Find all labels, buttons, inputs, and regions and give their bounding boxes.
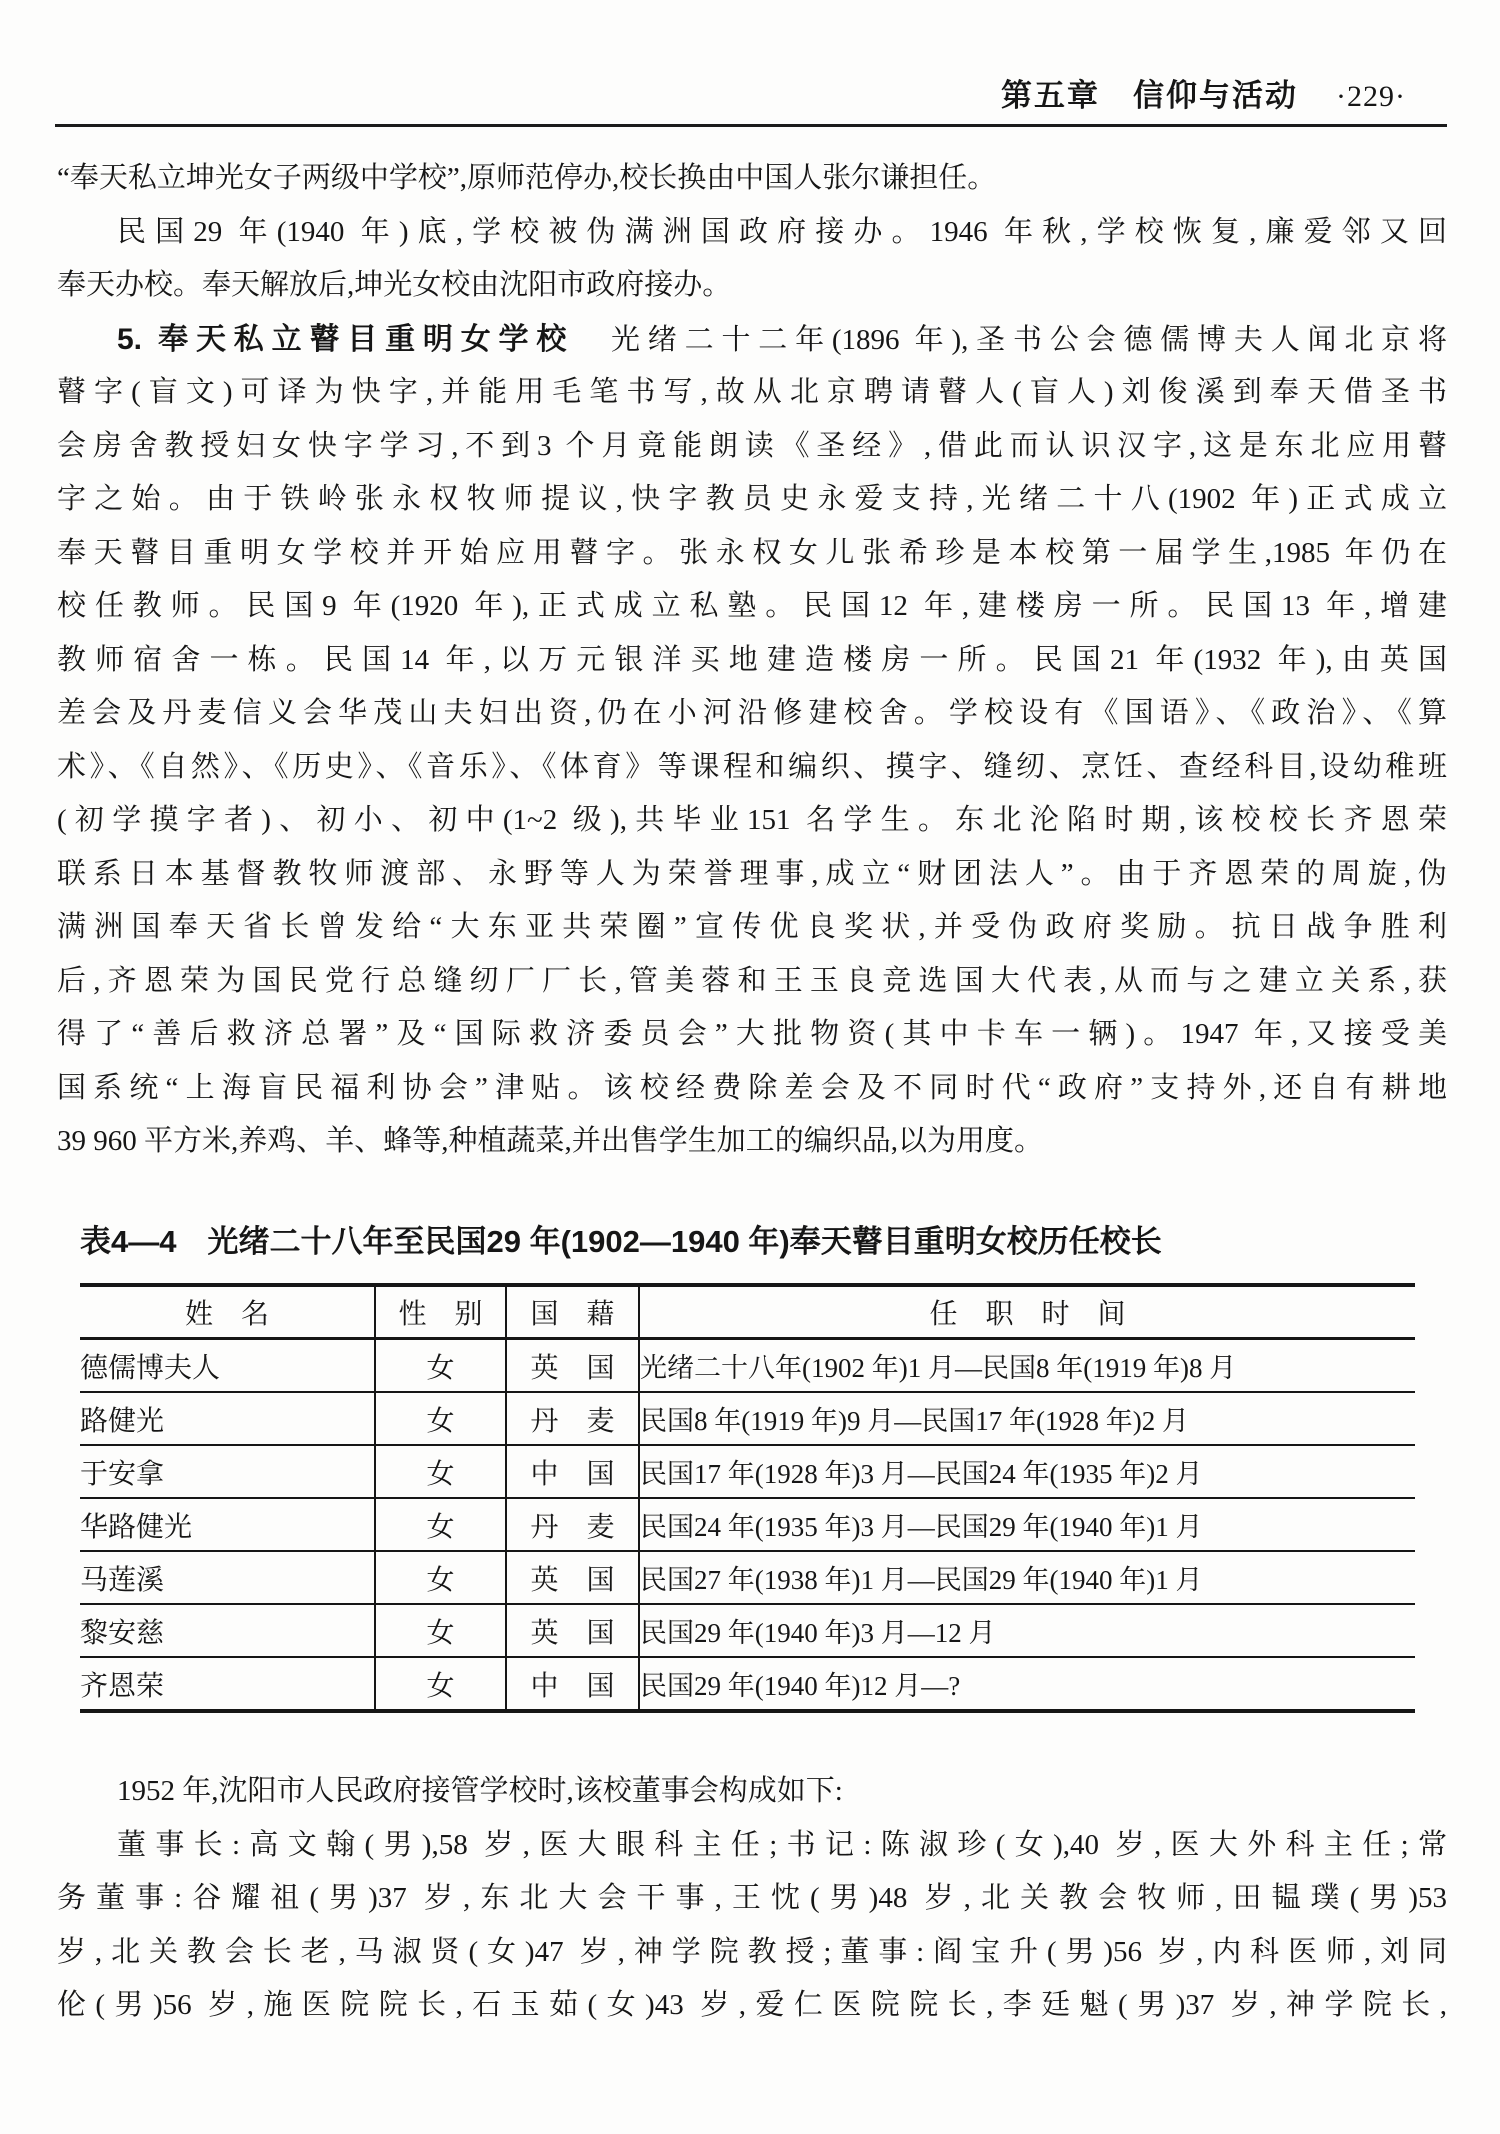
table-cell-name: 路健光 [80, 1392, 375, 1445]
table-header-cell: 任 职 时 间 [639, 1285, 1415, 1339]
text-line: 联系日本基督教牧师渡部、永野等人为荣誉理事,成立“财团法人”。由于齐恩荣的周旋,… [57, 848, 1447, 902]
table-cell-tenure: 民国29 年(1940 年)12 月—? [639, 1657, 1415, 1711]
table-title: 表4—4 光绪二十八年至民国29 年(1902—1940 年)奉天瞽目重明女校历… [80, 1221, 1415, 1263]
page-header: 第五章 信仰与活动·229· [57, 70, 1406, 115]
table-cell-nationality: 丹 麦 [506, 1392, 639, 1445]
text-line: 国系统“上海盲民福利协会”津贴。该校经费除差会及不同时代“政府”支持外,还自有耕… [57, 1062, 1447, 1116]
table-cell-nationality: 丹 麦 [506, 1498, 639, 1551]
text-line: 39 960 平方米,养鸡、羊、蜂等,种植蔬菜,并出售学生加工的编织品,以为用度… [57, 1115, 1447, 1169]
text-line: 后,齐恩荣为国民党行总缝纫厂厂长,管美蓉和王玉良竞选国大代表,从而与之建立关系,… [57, 955, 1447, 1009]
table-cell-tenure: 民国27 年(1938 年)1 月—民国29 年(1940 年)1 月 [639, 1551, 1415, 1604]
text-line: 奉天瞽目重明女学校并开始应用瞽字。张永权女儿张希珍是本校第一届学生,1985 年… [57, 527, 1447, 581]
table-cell-name: 马莲溪 [80, 1551, 375, 1604]
text-line: 伦(男)56 岁,施医院院长,石玉茹(女)43 岁,爱仁医院院长,李廷魁(男)3… [57, 1979, 1447, 2033]
table-header-cell: 性 别 [375, 1285, 506, 1339]
table-cell-nationality: 中 国 [506, 1657, 639, 1711]
table-cell-nationality: 英 国 [506, 1604, 639, 1657]
text-line: 得了“善后救济总署”及“国际救济委员会”大批物资(其中卡车一辆)。1947 年,… [57, 1008, 1447, 1062]
text-line: 差会及丹麦信义会华茂山夫妇出资,仍在小河沿修建校舍。学校设有《国语》、《政治》、… [57, 687, 1447, 741]
table-cell-tenure: 民国17 年(1928 年)3 月—民国24 年(1935 年)2 月 [639, 1445, 1415, 1498]
table-cell-name: 黎安慈 [80, 1604, 375, 1657]
table-row: 德儒博夫人女英 国光绪二十八年(1902 年)1 月—民国8 年(1919 年)… [80, 1339, 1415, 1393]
table-row: 齐恩荣女中 国民国29 年(1940 年)12 月—? [80, 1657, 1415, 1711]
table-cell-nationality: 中 国 [506, 1445, 639, 1498]
principals-table: 姓 名性 别国 藉任 职 时 间 德儒博夫人女英 国光绪二十八年(1902 年)… [80, 1283, 1415, 1713]
table-cell-nationality: 英 国 [506, 1339, 639, 1393]
table-cell-gender: 女 [375, 1657, 506, 1711]
text-line: 满洲国奉天省长曾发给“大东亚共荣圈”宣传优良奖状,并受伪政府奖励。抗日战争胜利 [57, 901, 1447, 955]
table-row: 华路健光女丹 麦民国24 年(1935 年)3 月—民国29 年(1940 年)… [80, 1498, 1415, 1551]
table-header: 姓 名性 别国 藉任 职 时 间 [80, 1285, 1415, 1339]
page-number: ·229· [1336, 80, 1406, 113]
bold-run-in-heading: 5. 奉天私立瞽目重明女学校 [117, 323, 574, 356]
table-cell-gender: 女 [375, 1498, 506, 1551]
text-line: (初学摸字者)、初小、初中(1~2 级),共毕业151 名学生。东北沦陷时期,该… [57, 794, 1447, 848]
scanned-book-page: 第五章 信仰与活动·229· “奉天私立坤光女子两级中学校”,原师范停办,校长换… [0, 0, 1500, 2134]
text-line: 瞽字(盲文)可译为快字,并能用毛笔书写,故从北京聘请瞽人(盲人)刘俊溪到奉天借圣… [57, 366, 1447, 420]
footer-text: 1952 年,沈阳市人民政府接管学校时,该校董事会构成如下:董事长:高文翰(男)… [57, 1765, 1447, 2033]
table-cell-gender: 女 [375, 1551, 506, 1604]
table-header-row: 姓 名性 别国 藉任 职 时 间 [80, 1285, 1415, 1339]
text-line: 会房舍教授妇女快字学习,不到3 个月竟能朗读《圣经》,借此而认识汉字,这是东北应… [57, 420, 1447, 474]
table-row: 路健光女丹 麦民国8 年(1919 年)9 月—民国17 年(1928 年)2 … [80, 1392, 1415, 1445]
text-run: 光绪二十二年(1896 年),圣书公会德儒博夫人闻北京将 [574, 324, 1447, 356]
table-header-cell: 姓 名 [80, 1285, 375, 1339]
chapter-heading: 第五章 信仰与活动 [1001, 78, 1298, 113]
table-cell-gender: 女 [375, 1339, 506, 1393]
table-cell-tenure: 民国24 年(1935 年)3 月—民国29 年(1940 年)1 月 [639, 1498, 1415, 1551]
table-row: 于安拿女中 国民国17 年(1928 年)3 月—民国24 年(1935 年)2… [80, 1445, 1415, 1498]
text-line: 5. 奉天私立瞽目重明女学校 光绪二十二年(1896 年),圣书公会德儒博夫人闻… [57, 313, 1447, 367]
text-line: 奉天办校。奉天解放后,坤光女校由沈阳市政府接办。 [57, 259, 1447, 313]
header-rule [55, 124, 1447, 127]
text-line: 校任教师。民国9 年(1920 年),正式成立私塾。民国12 年,建楼房一所。民… [57, 580, 1447, 634]
text-line: 字之始。由于铁岭张永权牧师提议,快字教员史永爱支持,光绪二十八(1902 年)正… [57, 473, 1447, 527]
text-line: 董事长:高文翰(男),58 岁,医大眼科主任;书记:陈淑珍(女),40 岁,医大… [57, 1819, 1447, 1873]
text-line: 教师宿舍一栋。民国14 年,以万元银洋买地建造楼房一所。民国21 年(1932 … [57, 634, 1447, 688]
table-cell-gender: 女 [375, 1604, 506, 1657]
table-cell-tenure: 民国8 年(1919 年)9 月—民国17 年(1928 年)2 月 [639, 1392, 1415, 1445]
table-cell-name: 齐恩荣 [80, 1657, 375, 1711]
table-body: 德儒博夫人女英 国光绪二十八年(1902 年)1 月—民国8 年(1919 年)… [80, 1339, 1415, 1712]
table-row: 黎安慈女英 国民国29 年(1940 年)3 月—12 月 [80, 1604, 1415, 1657]
table-cell-name: 德儒博夫人 [80, 1339, 375, 1393]
text-line: 民国29 年(1940 年)底,学校被伪满洲国政府接办。1946 年秋,学校恢复… [57, 206, 1447, 260]
table-cell-name: 于安拿 [80, 1445, 375, 1498]
table-header-cell: 国 藉 [506, 1285, 639, 1339]
text-line: 术》、《自然》、《历史》、《音乐》、《体育》等课程和编织、摸字、缝纫、烹饪、查经… [57, 741, 1447, 795]
table-cell-gender: 女 [375, 1392, 506, 1445]
text-line: 1952 年,沈阳市人民政府接管学校时,该校董事会构成如下: [57, 1765, 1447, 1819]
body-text: “奉天私立坤光女子两级中学校”,原师范停办,校长换由中国人张尔谦担任。民国29 … [57, 152, 1447, 1169]
table-cell-gender: 女 [375, 1445, 506, 1498]
text-line: 岁,北关教会长老,马淑贤(女)47 岁,神学院教授;董事:阎宝升(男)56 岁,… [57, 1926, 1447, 1980]
text-line: 务董事:谷耀祖(男)37 岁,东北大会干事,王忱(男)48 岁,北关教会牧师,田… [57, 1872, 1447, 1926]
table-cell-name: 华路健光 [80, 1498, 375, 1551]
table-cell-tenure: 民国29 年(1940 年)3 月—12 月 [639, 1604, 1415, 1657]
table-row: 马莲溪女英 国民国27 年(1938 年)1 月—民国29 年(1940 年)1… [80, 1551, 1415, 1604]
table-cell-tenure: 光绪二十八年(1902 年)1 月—民国8 年(1919 年)8 月 [639, 1339, 1415, 1393]
table-cell-nationality: 英 国 [506, 1551, 639, 1604]
text-line: “奉天私立坤光女子两级中学校”,原师范停办,校长换由中国人张尔谦担任。 [57, 152, 1447, 206]
